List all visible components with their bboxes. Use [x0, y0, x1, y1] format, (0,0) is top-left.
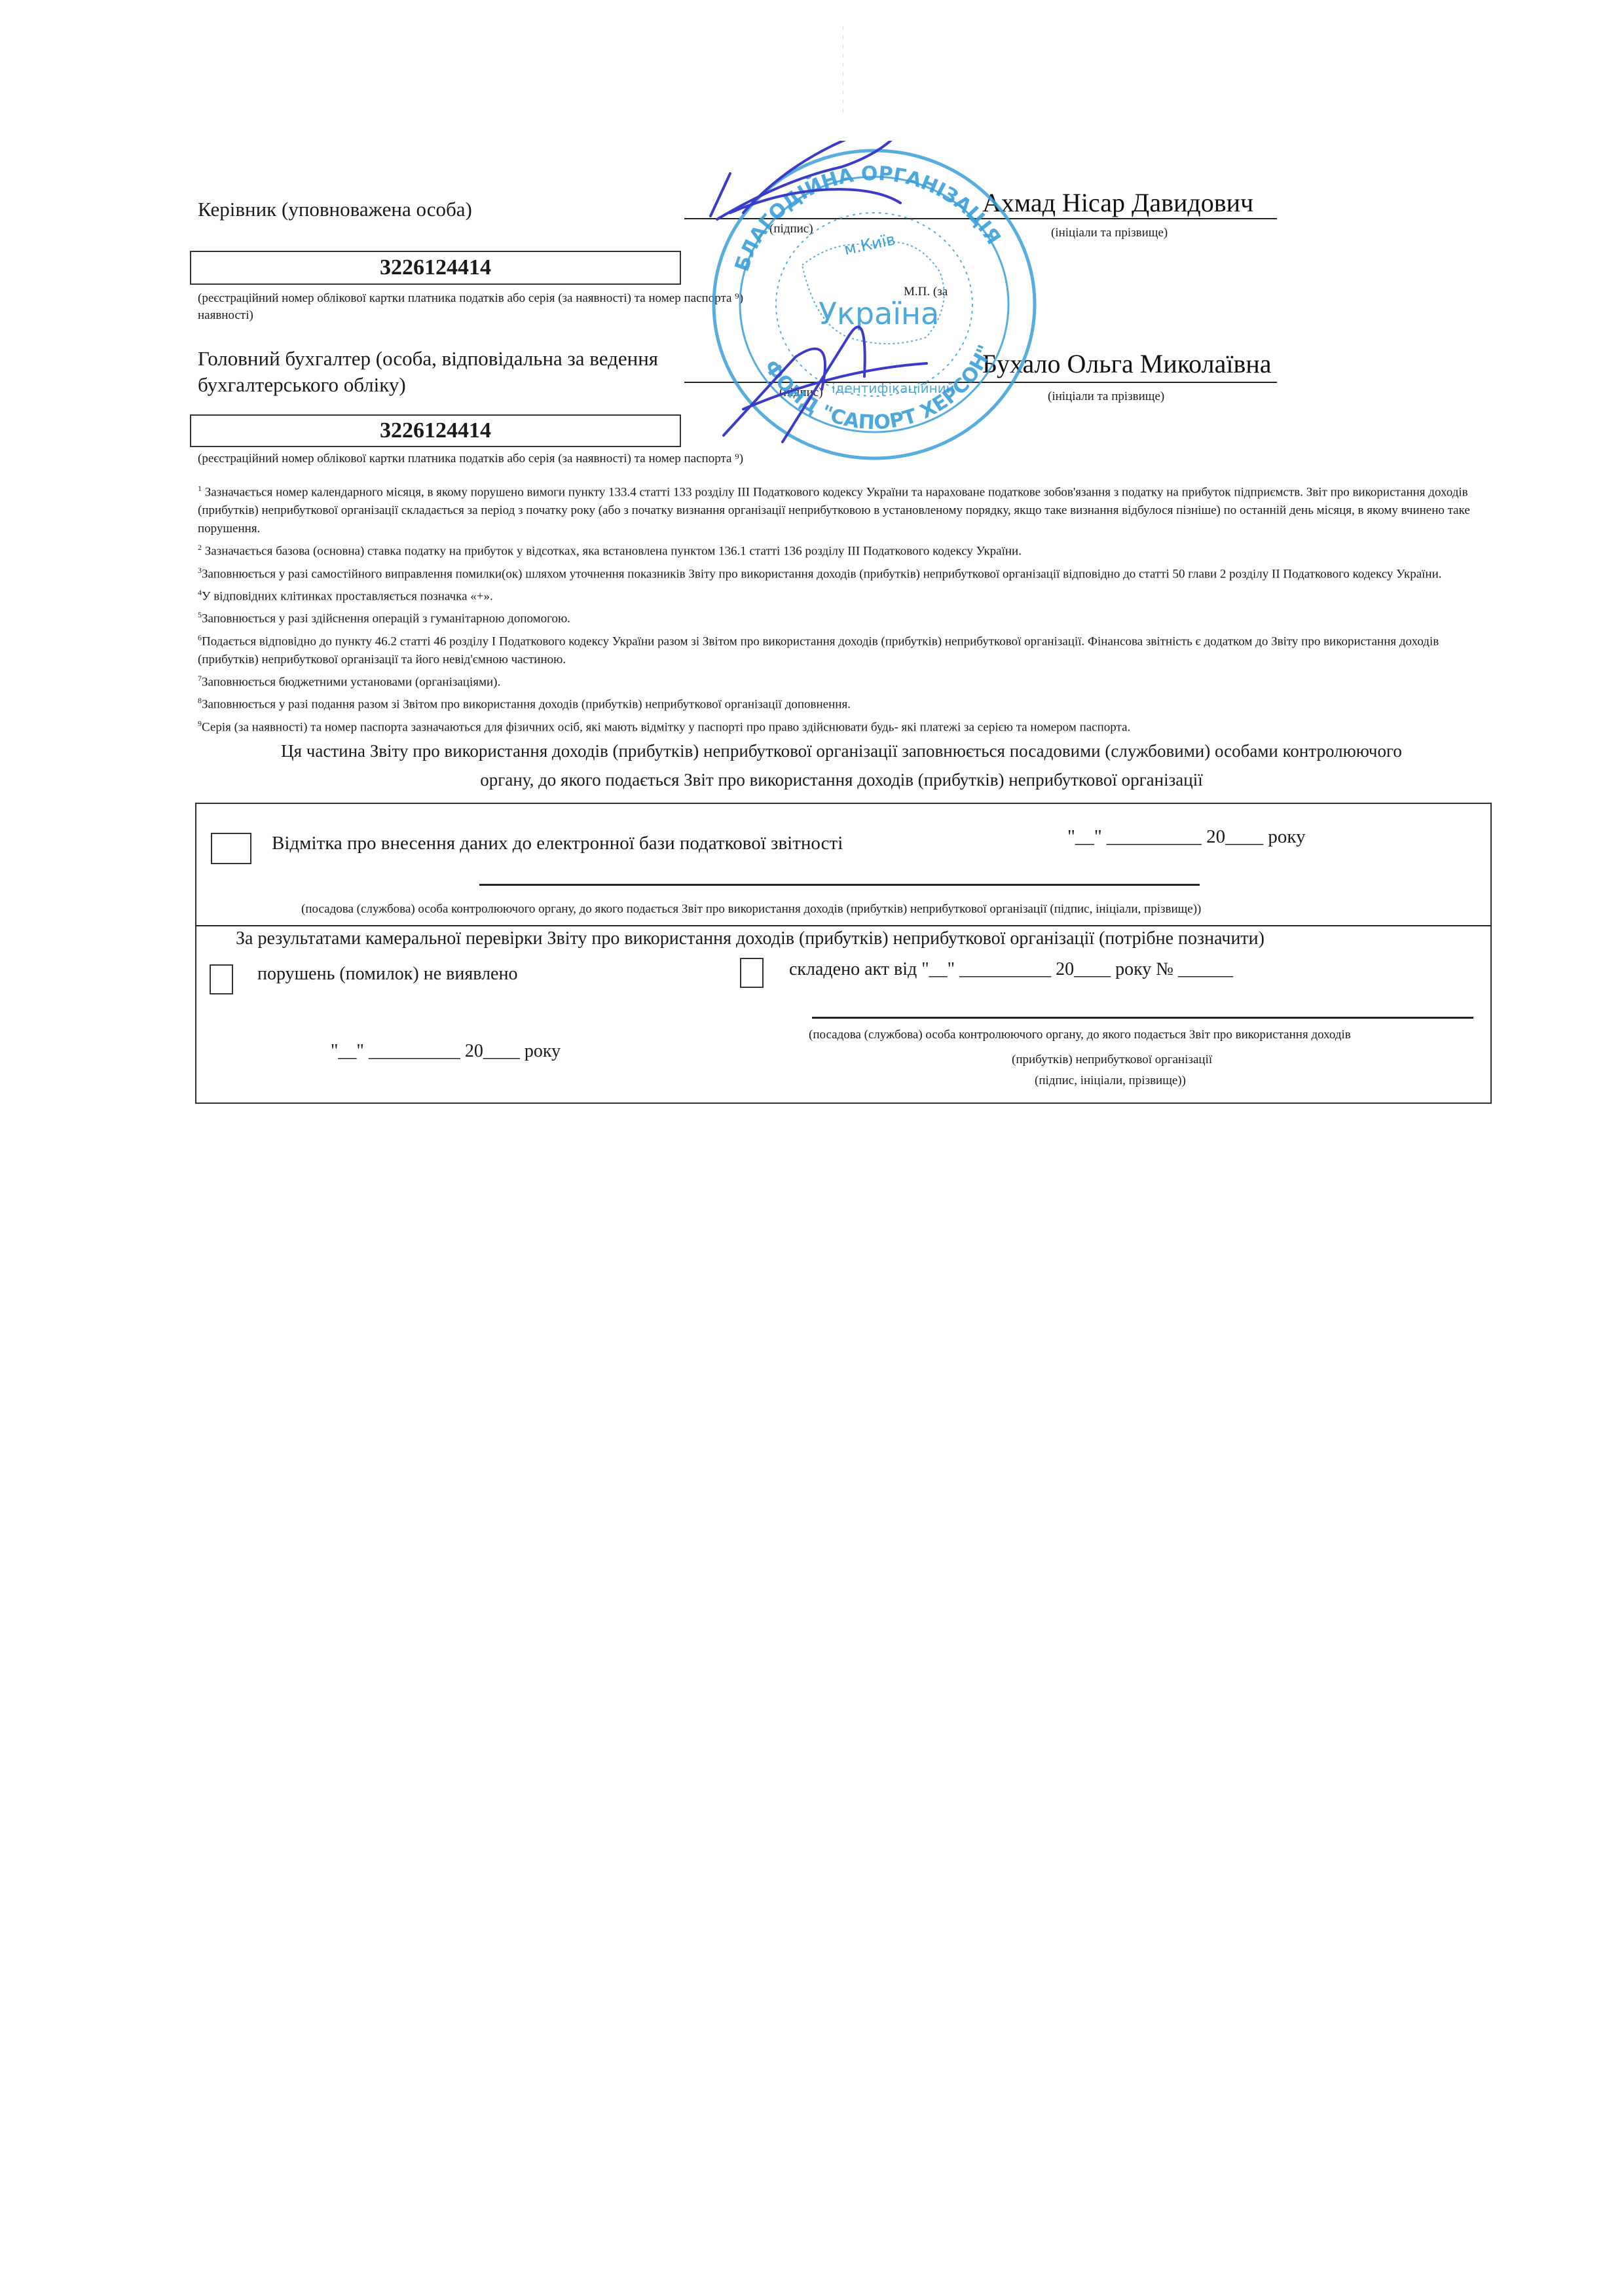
scan-artifact — [843, 26, 843, 118]
act-drawn-checkbox[interactable] — [740, 958, 764, 988]
review-official-caption-1: (посадова (службова) особа контролюючого… — [809, 1028, 1351, 1042]
act-drawn-label[interactable]: складено акт від "__" __________ 20____ … — [789, 959, 1233, 980]
footnote-2: 2 Зазначається базова (основна) ставка п… — [198, 538, 1491, 560]
accountant-role-label: Головний бухгалтер (особа, відповідальна… — [198, 346, 682, 398]
footnote-5: 5Заповнюється у разі здійснення операцій… — [198, 606, 1491, 628]
entry-mark-official-caption: (посадова (службова) особа контролюючого… — [301, 902, 1201, 917]
no-violations-checkbox[interactable] — [210, 964, 233, 994]
footnote-3: 3Заповнюється у разі самостійного виправ… — [198, 561, 1491, 583]
footnote-8: 8Заповнюється у разі подання разом зі Зв… — [198, 691, 1491, 714]
entry-mark-signature-line[interactable] — [479, 884, 1200, 886]
control-section-note: Ця частина Звіту про використання доході… — [190, 737, 1493, 794]
organization-stamp-icon: БЛАГОДІЙНА ОРГАНІЗАЦІЯ ФОНД "САПОРТ ХЕРС… — [704, 141, 1044, 468]
review-date[interactable]: "__" __________ 20____ року — [331, 1041, 561, 1062]
footnote-1: 1 Зазначається номер календарного місяця… — [198, 479, 1491, 538]
head-tax-id-field[interactable]: 3226124414 — [190, 251, 681, 285]
head-name-caption: (ініціали та прізвище) — [1051, 225, 1168, 241]
footnotes: 1 Зазначається номер календарного місяця… — [198, 479, 1491, 737]
head-role-label: Керівник (уповноважена особа) — [198, 196, 472, 223]
no-violations-label: порушень (помилок) не виявлено — [257, 964, 517, 985]
head-tax-id-caption-cont: наявності) — [198, 308, 253, 323]
svg-text:Україна: Україна — [819, 296, 939, 331]
accountant-tax-id-field[interactable]: 3226124414 — [190, 414, 681, 447]
head-tax-id-caption: (реєстраційний номер облікової картки пл… — [198, 291, 743, 306]
accountant-name-caption: (ініціали та прізвище) — [1048, 389, 1164, 405]
form-divider — [195, 925, 1492, 926]
control-note-line1: Ця частина Звіту про використання доході… — [190, 737, 1493, 765]
svg-text:БЛАГОДІЙНА ОРГАНІЗАЦІЯ: БЛАГОДІЙНА ОРГАНІЗАЦІЯ — [731, 162, 1005, 274]
review-official-caption-3: (підпис, ініціали, прізвище)) — [1035, 1074, 1186, 1088]
footnote-4: 4У відповідних клітинках проставляється … — [198, 583, 1491, 606]
entry-mark-label: Відмітка про внесення даних до електронн… — [272, 833, 843, 854]
review-signature-line[interactable] — [812, 1017, 1473, 1019]
footnote-7: 7Заповнюється бюджетними установами (орг… — [198, 669, 1491, 691]
review-heading: За результатами камеральної перевірки Зв… — [236, 928, 1264, 949]
svg-text:ідентифікаційний: ідентифікаційний — [832, 380, 955, 396]
svg-text:м.Київ: м.Київ — [842, 230, 896, 259]
entry-mark-date[interactable]: "__" __________ 20____ року — [1067, 826, 1306, 848]
entry-mark-checkbox[interactable] — [211, 833, 251, 864]
accountant-tax-id-caption: (реєстраційний номер облікової картки пл… — [198, 451, 743, 467]
review-official-caption-2: (прибутків) неприбуткової організації — [1012, 1053, 1212, 1067]
control-note-line2: органу, до якого подається Звіт про вико… — [190, 765, 1493, 794]
footnote-9: 9Серія (за наявності) та номер паспорта … — [198, 714, 1491, 737]
footnote-6: 6Подається відповідно до пункту 46.2 ста… — [198, 629, 1491, 669]
